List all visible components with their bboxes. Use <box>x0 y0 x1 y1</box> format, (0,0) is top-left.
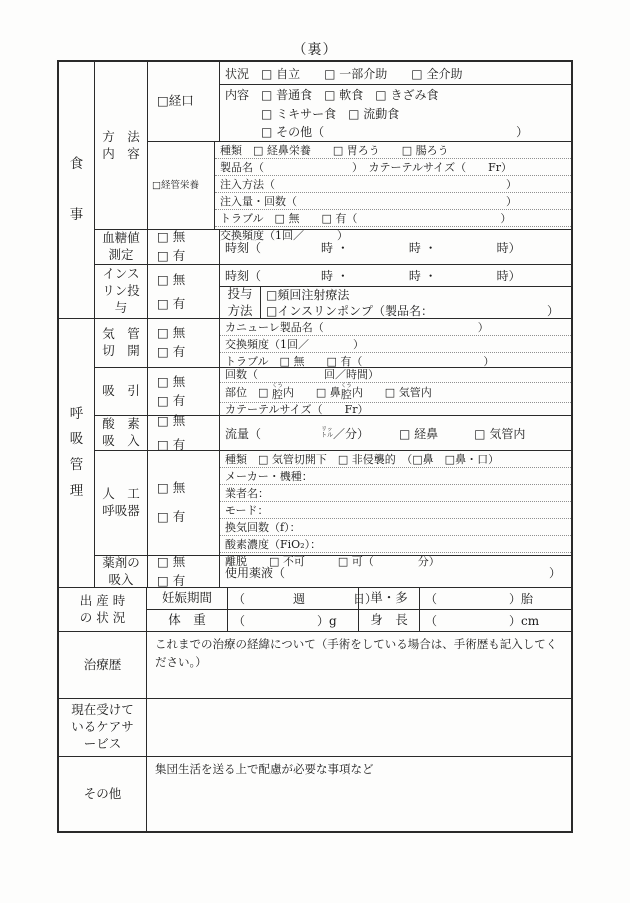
suction-checkbox: □ 無 □ 有 <box>148 368 220 415</box>
blood-sugar-time-row: 時刻（ 時 ・ 時 ・ 時） <box>220 230 571 264</box>
tube-feeding-block: □経管栄養 種類 □ 経鼻栄養 □ 胃ろう □ 腸ろう 製品名（ ） カテーテル… <box>148 141 571 229</box>
tracheostomy-checkbox: □ 無 □ 有 <box>148 319 220 367</box>
tube-row-amount: 注入量・回数（ ） <box>215 192 571 209</box>
suction-count-row: 回数（ 回／時間） <box>220 368 571 382</box>
section-birth: 出 産 時 の 状 況 妊娠期間 （ 週 日） 単・多 （ ）胎 体 重 （ ）… <box>59 587 571 631</box>
oral-status-row: 状況 □ 自立 □ 一部介助 □ 全介助 <box>220 62 571 84</box>
blood-sugar-checkbox: □ 無 □ 有 <box>148 230 220 264</box>
cannula-product-row: カニューレ製品名（ ） <box>220 319 571 335</box>
insulin-method-label: 投与 方法 <box>220 287 261 318</box>
insulin-row: インス リン投 与 □ 無 □ 有 時刻（ 時 ・ 時 ・ 時） 投与 方法 □… <box>95 264 571 318</box>
insulin-time-row: 時刻（ 時 ・ 時 ・ 時） <box>220 265 571 286</box>
inhaled-meds-row: 薬剤の 吸入 □ 無 □ 有 使用薬液（ ） <box>95 555 571 588</box>
section-current-care: 現在受けて いるケアサ ービス <box>59 698 571 756</box>
birth-row-pregnancy: 妊娠期間 （ 週 日） 単・多 （ ）胎 <box>147 588 571 609</box>
blood-sugar-row: 血糖値 測定 □ 無 □ 有 時刻（ 時 ・ 時 ・ 時） <box>95 229 571 264</box>
ventilator-row: 人 工 呼吸器 □ 無 □ 有 種類 □ 気管切開下 □ 非侵襲的 （□鼻 □鼻… <box>95 450 571 555</box>
form-page: （裏） 食 事 方 法 内 容 □経口 状況 □ 自立 □ 一部介助 □ 全介助 <box>0 0 630 903</box>
meal-section-label: 食 事 <box>59 62 95 318</box>
ventilator-vendor-row: 業者名： <box>220 484 571 501</box>
liter-unit-small-text: リットル <box>321 427 333 439</box>
ventilator-type-row: 種類 □ 気管切開下 □ 非侵襲的 （□鼻 □鼻・口） <box>220 451 571 467</box>
tube-row-trouble: トラブル □ 無 □ 有（ ） <box>215 209 571 226</box>
oral-content-row: 内容 □ 普通食 □ 軟食 □ きざみ食 <box>220 85 571 104</box>
ventilator-fio2-row: 酸素濃度（FiO₂）： <box>220 535 571 552</box>
current-care-label: 現在受けて いるケアサ ービス <box>59 699 147 756</box>
birth-section-label: 出 産 時 の 状 況 <box>59 588 147 631</box>
tracheostomy-row: 気 管 切 開 □ 無 □ 有 カニューレ製品名（ ） 交換頻度（1回／ ） ト… <box>95 319 571 367</box>
furigana: くう <box>272 383 283 389</box>
suction-site-row: 部位 □ 腔くう内 □ 鼻腔くう内 □ 気管内 <box>220 382 571 402</box>
section-treatment-history: 治療歴 これまでの治療の経緯について（手術をしている場合は、手術歴も記入してくだ… <box>59 631 571 698</box>
oral-block: □経口 状況 □ 自立 □ 一部介助 □ 全介助 内容 □ 普通食 □ 軟食 □… <box>148 62 571 141</box>
meal-method-row: 方 法 内 容 □経口 状況 □ 自立 □ 一部介助 □ 全介助 内容 □ 普通… <box>95 62 571 229</box>
suction-site-pre: 部位 □ <box>225 386 272 400</box>
pregnancy-period-label: 妊娠期間 <box>147 588 228 609</box>
inhaled-meds-checkbox: □ 無 □ 有 <box>148 556 220 588</box>
respiratory-section-label: 呼 吸 管 理 <box>59 319 95 587</box>
suction-label: 吸 引 <box>95 368 148 415</box>
section-other: その他 集団生活を送る上で配慮が必要な事項など <box>59 756 571 831</box>
inhaled-meds-liquid-row: 使用薬液（ ） <box>220 556 571 588</box>
nasal-cavity-kanji: 腔くう <box>341 383 352 402</box>
treatment-history-note: これまでの治療の経緯について（手術をしている場合は、手術歴も記入してください。） <box>147 632 571 698</box>
meal-method-label: 方 法 内 容 <box>95 62 148 229</box>
oxygen-flow-row: 流量（ リットル／分） □ 経鼻 □ 気管内 <box>220 416 571 450</box>
form-table: 食 事 方 法 内 容 □経口 状況 □ 自立 □ 一部介助 □ 全介助 内容 … <box>57 60 573 833</box>
section-meal: 食 事 方 法 内 容 □経口 状況 □ 自立 □ 一部介助 □ 全介助 内容 … <box>59 62 571 318</box>
oral-cavity-kanji: 腔くう <box>272 383 283 402</box>
oral-content-row: □ その他（ ） <box>220 122 571 141</box>
insulin-method-option: □インスリンポンプ（製品名： ） <box>261 303 571 319</box>
suction-site-mid: 内 □ 鼻 <box>283 386 341 400</box>
section-respiratory: 呼 吸 管 理 気 管 切 開 □ 無 □ 有 カニューレ製品名（ ） 交換頻度… <box>59 318 571 587</box>
oxygen-flow-post: ／分） □ 経鼻 □ 気管内 <box>333 425 525 442</box>
ventilator-label: 人 工 呼吸器 <box>95 451 148 555</box>
tube-row-product: 製品名（ ） カテーテルサイズ（ Fr） <box>215 158 571 175</box>
oral-checkbox: □経口 <box>148 62 220 141</box>
height-label: 身 長 <box>359 610 420 631</box>
ventilator-maker-row: メーカー・機種： <box>220 467 571 484</box>
ventilator-checkbox: □ 無 □ 有 <box>148 451 220 555</box>
oxygen-flow-pre: 流量（ <box>225 425 321 442</box>
insulin-method-block: 投与 方法 □頻回注射療法 □インスリンポンプ（製品名： ） <box>220 286 571 318</box>
insulin-label: インス リン投 与 <box>95 265 148 318</box>
oral-content-row: □ ミキサー食 □ 流動食 <box>220 104 571 123</box>
tube-row-injection-method: 注入方法（ ） <box>215 175 571 192</box>
weight-value: （ ）g <box>228 610 359 631</box>
single-multiple-value: （ ）胎 <box>420 588 571 609</box>
ventilator-mode-row: モード： <box>220 501 571 518</box>
page-title: （裏） <box>0 39 630 59</box>
suction-rows: 回数（ 回／時間） 部位 □ 腔くう内 □ 鼻腔くう内 □ 気管内 カテーテルサ… <box>220 368 571 415</box>
suction-row: 吸 引 □ 無 □ 有 回数（ 回／時間） 部位 □ 腔くう内 □ 鼻腔くう内 … <box>95 367 571 415</box>
ventilator-rate-row: 換気回数（f）： <box>220 518 571 535</box>
blood-sugar-label: 血糖値 測定 <box>95 230 148 264</box>
suction-site-post: 内 □ 気管内 <box>352 386 432 400</box>
treatment-history-label: 治療歴 <box>59 632 147 698</box>
tube-row-type: 種類 □ 経鼻栄養 □ 胃ろう □ 腸ろう <box>215 142 571 158</box>
furigana: くう <box>341 383 352 389</box>
tube-feeding-checkbox: □経管栄養 <box>148 142 215 229</box>
tracheostomy-rows: カニューレ製品名（ ） 交換頻度（1回／ ） トラブル □ 無 □ 有（ ） <box>220 319 571 367</box>
oxygen-label: 酸 素 吸 入 <box>95 416 148 450</box>
insulin-method-option: □頻回注射療法 <box>261 287 571 303</box>
current-care-note <box>147 699 571 756</box>
tube-feeding-rows: 種類 □ 経鼻栄養 □ 胃ろう □ 腸ろう 製品名（ ） カテーテルサイズ（ F… <box>215 142 571 229</box>
other-note: 集団生活を送る上で配慮が必要な事項など <box>147 757 571 831</box>
insulin-checkbox: □ 無 □ 有 <box>148 265 220 318</box>
other-label: その他 <box>59 757 147 831</box>
height-value: （ ）cm <box>420 610 571 631</box>
ventilator-rows: 種類 □ 気管切開下 □ 非侵襲的 （□鼻 □鼻・口） メーカー・機種： 業者名… <box>220 451 571 555</box>
pregnancy-period-value: （ 週 日） <box>228 588 359 609</box>
tracheostomy-label: 気 管 切 開 <box>95 319 148 367</box>
single-multiple-label: 単・多 <box>359 588 420 609</box>
oral-content-rows: 内容 □ 普通食 □ 軟食 □ きざみ食 □ ミキサー食 □ 流動食 □ その他… <box>220 84 571 141</box>
oxygen-checkbox: □ 無 □ 有 <box>148 416 220 450</box>
birth-row-weight: 体 重 （ ）g 身 長 （ ）cm <box>147 609 571 631</box>
inhaled-meds-label: 薬剤の 吸入 <box>95 556 148 588</box>
oxygen-row: 酸 素 吸 入 □ 無 □ 有 流量（ リットル／分） □ 経鼻 □ 気管内 <box>95 415 571 450</box>
weight-label: 体 重 <box>147 610 228 631</box>
cannula-exchange-row: 交換頻度（1回／ ） <box>220 335 571 352</box>
